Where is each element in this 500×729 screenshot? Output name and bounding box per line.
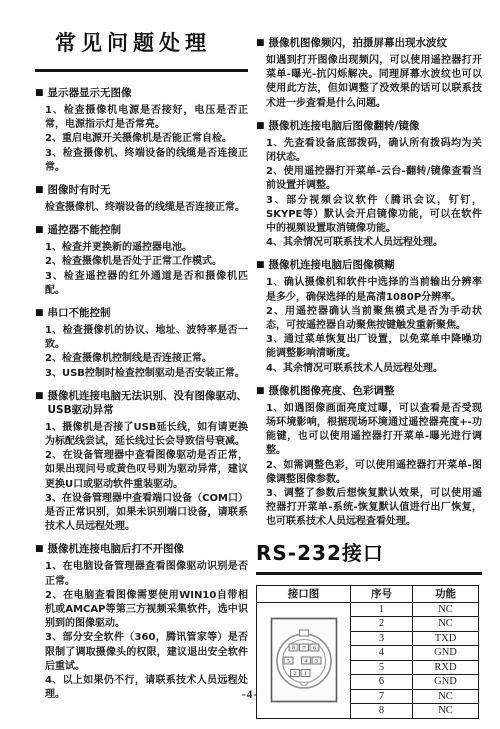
section-heading-text: 摄像机图像频闪，拍摄屏幕出现水波纹 [269, 36, 448, 50]
pin-number-cell: 8 [351, 704, 413, 719]
rs232-section-title: RS-232接口 [256, 540, 482, 566]
section-body: 1、如遇图像画面亮度过曝，可以查看是否受现场环境影响，根据现场环境通过遥控器亮度… [256, 402, 482, 530]
pin-function-cell: NC [413, 617, 479, 632]
table-header-pin-number: 序号 [351, 585, 413, 602]
pin-function-cell: TXD [413, 631, 479, 646]
bullet-icon: ■ [35, 86, 44, 100]
bullet-icon: ■ [256, 36, 265, 50]
section-heading: ■ 摄像机图像亮度、色彩调整 [256, 384, 482, 398]
section-body: 1、确认摄像机和软件中选择的当前输出分辨率是多少，确保选择的是高清1080P分辨… [256, 276, 482, 375]
section-heading: ■ 显示器显示无图像 [35, 86, 248, 100]
section-item: 1、在电脑设备管理器查看图像驱动识别是否正常。 [45, 560, 248, 588]
section-heading: ■ 摄像机图像频闪，拍摄屏幕出现水波纹 [256, 36, 482, 50]
bullet-icon: ■ [35, 183, 44, 197]
pin-label: 7 [302, 646, 305, 652]
pin-number-cell: 2 [351, 617, 413, 632]
section-usb-not-recognized: ■ 摄像机连接电脑无法识别、没有图像驱动、USB驱动异常 1、摄像机是否接了US… [35, 389, 248, 535]
section-heading-text: 图像时有时无 [48, 183, 111, 197]
section-heading-text: 摄像机图像亮度、色彩调整 [269, 384, 395, 398]
section-body: 1、检查摄像机电源是否接好，电压是否正常，电源指示灯是否常亮。 2、重启电源开关… [35, 104, 248, 175]
section-blurry-image: ■ 摄像机连接电脑后图像模糊 1、确认摄像机和软件中选择的当前输出分辨率是多少，… [256, 258, 482, 375]
section-heading-text: 串口不能控制 [48, 306, 111, 320]
page-title: 常见问题处理 [35, 30, 248, 56]
section-body: 1、检查并更换新的遥控器电池。 2、检查摄像机是否处于正常工作模式。 3、检查遥… [35, 241, 248, 298]
section-item: 3、检查摄像机、终端设备的线缆是否连接正常。 [45, 147, 248, 175]
section-item: 3、在设备管理器中查看端口设备（COM口）是否正常识别，如果未识别端口设备，请联… [45, 492, 248, 535]
bullet-icon: ■ [256, 384, 265, 398]
section-heading-text: 摄像机连接电脑后图像模糊 [269, 258, 395, 272]
section-heading-text: 遥控器不能控制 [48, 223, 122, 237]
section-item: 4、其余情况可联系技术人员远程处理。 [266, 236, 482, 250]
section-heading: ■ 摄像机连接电脑无法识别、没有图像驱动、USB驱动异常 [35, 389, 248, 417]
pin-label: 5 [287, 659, 290, 665]
section-item: 4、其余情况可联系技术人员远程处理。 [266, 362, 482, 376]
pin-number-cell: 4 [351, 646, 413, 661]
section-heading-text: 摄像机连接电脑无法识别、没有图像驱动、USB驱动异常 [48, 389, 248, 417]
pin-function-cell: NC [413, 602, 479, 617]
section-item: 2、在电脑查看图像需要使用WIN10自带相机或AMCAP等第三方视频采集软件，选… [45, 589, 248, 632]
section-heading: ■ 串口不能控制 [35, 306, 248, 320]
section-heading-text: 摄像机连接电脑后打不开图像 [48, 542, 185, 556]
pin-label: 4 [304, 659, 307, 665]
bullet-icon: ■ [256, 119, 265, 133]
section-item: 2、重启电源开关摄像机是否能正常自检。 [45, 132, 248, 146]
section-heading: ■ 摄像机连接电脑后图像翻转/镜像 [256, 119, 482, 133]
pin-number-cell: 6 [351, 675, 413, 690]
pin-row-top: 8 7 6 [289, 644, 319, 652]
section-body: 检查摄像机、终端设备的线缆是否连接正常。 [35, 201, 248, 215]
section-cannot-open-image: ■ 摄像机连接电脑后打不开图像 1、在电脑设备管理器查看图像驱动识别是否正常。 … [35, 542, 248, 702]
rs232-title-rule [256, 572, 482, 575]
pin-row-middle: 5 4 3 [284, 657, 321, 665]
bullet-icon: ■ [256, 258, 265, 272]
pin-label: 1 [304, 671, 307, 677]
section-body: 1、检查摄像机的协议、地址、波特率是否一致。 2、检查摄像机控制线是否连接正常。… [35, 324, 248, 381]
section-intermittent-image: ■ 图像时有时无 检查摄像机、终端设备的线缆是否连接正常。 [35, 183, 248, 215]
section-heading: ■ 摄像机连接电脑后图像模糊 [256, 258, 482, 272]
section-body: 1、先查看设备底部拨码，确认所有拨码均为关闭状态。 2、使用遥控器打开菜单-云台… [256, 137, 482, 251]
section-heading: ■ 遥控器不能控制 [35, 223, 248, 237]
bullet-icon: ■ [35, 389, 44, 403]
table-row: 8 7 6 5 4 [257, 602, 479, 617]
section-item: 3、USB控制时检查控制驱动是否安装正常。 [45, 367, 248, 381]
page-number: -4- [0, 689, 500, 701]
section-body: 1、摄像机是否接了USB延长线，如有请更换为标配线尝试，延长线过长会导致信号衰减… [35, 421, 248, 535]
section-heading-text: 显示器显示无图像 [48, 86, 132, 100]
section-item: 1、检查摄像机电源是否接好，电压是否正常，电源指示灯是否常亮。 [45, 104, 248, 132]
section-brightness-color: ■ 摄像机图像亮度、色彩调整 1、如遇图像画面亮度过曝，可以查看是否受现场环境影… [256, 384, 482, 530]
section-heading-text: 摄像机连接电脑后图像翻转/镜像 [269, 119, 420, 133]
left-column: 常见问题处理 ■ 显示器显示无图像 1、检查摄像机电源是否接好，电压是否正常，电… [35, 30, 248, 711]
section-item: 2、检查摄像机是否处于正常工作模式。 [45, 255, 248, 269]
section-item: 1、检查摄像机的协议、地址、波特率是否一致。 [45, 324, 248, 352]
section-item: 2、如需调整色彩，可以使用遥控器打开菜单-图像调整图像参数。 [266, 459, 482, 487]
pin-number-cell: 1 [351, 602, 413, 617]
pin-label: 2 [293, 671, 296, 677]
section-item: 1、摄像机是否接了USB延长线，如有请更换为标配线尝试，延长线过长会导致信号衰减… [45, 421, 248, 449]
bullet-icon: ■ [35, 223, 44, 237]
pin-label: 3 [315, 659, 318, 665]
section-body: 1、在电脑设备管理器查看图像驱动识别是否正常。 2、在电脑查看图像需要使用WIN… [35, 560, 248, 702]
section-item: 1、确认摄像机和软件中选择的当前输出分辨率是多少，确保选择的是高清1080P分辨… [266, 276, 482, 304]
section-item: 2、在设备管理器中查看图像驱动是否正常，如果出现问号或黄色叹号则为驱动异常，建议… [45, 449, 248, 492]
bullet-icon: ■ [35, 542, 44, 556]
section-item: 如遇到打开图像出现频闪，可以使用遥控器打开菜单-曝光-抗闪烁解决。同理屏幕水波纹… [266, 54, 482, 111]
pin-function-cell: GND [413, 646, 479, 661]
section-serial-control: ■ 串口不能控制 1、检查摄像机的协议、地址、波特率是否一致。 2、检查摄像机控… [35, 306, 248, 381]
section-item: 1、如遇图像画面亮度过曝，可以查看是否受现场环境影响，根据现场环境通过遥控器亮度… [266, 402, 482, 459]
section-item: 3、调整了参数后想恢复默认效果，可以使用遥控器打开菜单-系统-恢复默认值进行出厂… [266, 487, 482, 530]
pin-function-cell: GND [413, 675, 479, 690]
pin-label: 6 [313, 646, 316, 652]
table-header-row: 接口图 序号 功能 [257, 585, 479, 602]
pin-number-cell: 5 [351, 660, 413, 675]
pin-label: 8 [292, 646, 295, 652]
title-rule [35, 69, 248, 72]
section-item: 1、检查并更换新的遥控器电池。 [45, 241, 248, 255]
section-heading: ■ 图像时有时无 [35, 183, 248, 197]
section-item: 3、部分安全软件（360，腾讯管家等）是否限制了调取摄像头的权限，建议退出安全软… [45, 631, 248, 674]
section-item: 2、用遥控器确认当前聚焦模式是否为手动状态，可按遥控器自动聚焦按键触发重新聚焦。 [266, 305, 482, 333]
bullet-icon: ■ [35, 306, 44, 320]
pin-function-cell: NC [413, 704, 479, 719]
section-remote-control: ■ 遥控器不能控制 1、检查并更换新的遥控器电池。 2、检查摄像机是否处于正常工… [35, 223, 248, 298]
section-flicker: ■ 摄像机图像频闪，拍摄屏幕出现水波纹 如遇到打开图像出现频闪，可以使用遥控器打… [256, 36, 482, 111]
section-item: 3、检查遥控器的红外通道是否和摄像机匹配。 [45, 270, 248, 298]
section-item: 1、先查看设备底部拨码，确认所有拨码均为关闭状态。 [266, 137, 482, 165]
right-column: ■ 摄像机图像频闪，拍摄屏幕出现水波纹 如遇到打开图像出现频闪，可以使用遥控器打… [256, 36, 482, 719]
section-item: 3、通过菜单恢复出厂设置，以免菜单中降噪功能调整影响清晰度。 [266, 333, 482, 361]
section-item: 2、使用遥控器打开菜单-云台-翻转/镜像查看当前设置并调整。 [266, 165, 482, 193]
pin-function-cell: RXD [413, 660, 479, 675]
section-no-image: ■ 显示器显示无图像 1、检查摄像机电源是否接好，电压是否正常，电源指示灯是否常… [35, 86, 248, 175]
section-body: 如遇到打开图像出现频闪，可以使用遥控器打开菜单-曝光-抗闪烁解决。同理屏幕水波纹… [256, 54, 482, 111]
section-flip-mirror: ■ 摄像机连接电脑后图像翻转/镜像 1、先查看设备底部拨码，确认所有拨码均为关闭… [256, 119, 482, 251]
document-page: 常见问题处理 ■ 显示器显示无图像 1、检查摄像机电源是否接好，电压是否正常，电… [0, 0, 500, 729]
table-header-function: 功能 [413, 585, 479, 602]
pin-number-cell: 3 [351, 631, 413, 646]
section-heading: ■ 摄像机连接电脑后打不开图像 [35, 542, 248, 556]
section-item: 检查摄像机、终端设备的线缆是否连接正常。 [45, 201, 248, 215]
section-item: 3、部分视频会议软件（腾讯会议，钉钉，SKYPE等）默认会开启镜像功能，可以在软… [266, 194, 482, 237]
section-item: 2、检查摄像机控制线是否连接正常。 [45, 352, 248, 366]
table-header-diagram: 接口图 [257, 585, 351, 602]
